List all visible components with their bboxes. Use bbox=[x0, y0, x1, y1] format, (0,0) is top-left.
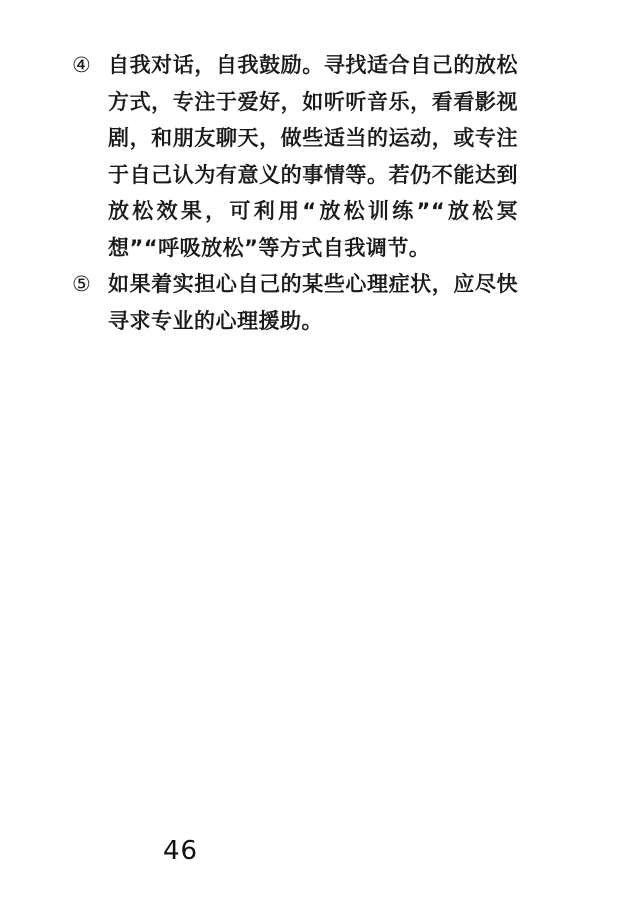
list-item-text: 自我对话，自我鼓励。寻找适合自己的放松方式，专注于爱好，如听听音乐，看看影视剧，… bbox=[108, 47, 518, 266]
document-page: ④ 自我对话，自我鼓励。寻找适合自己的放松方式，专注于爱好，如听听音乐，看看影视… bbox=[0, 0, 640, 899]
circled-number-4-marker: ④ bbox=[72, 47, 108, 84]
body-text-block: ④ 自我对话，自我鼓励。寻找适合自己的放松方式，专注于爱好，如听听音乐，看看影视… bbox=[72, 47, 518, 339]
page-number: 46 bbox=[163, 836, 198, 866]
list-item-text: 如果着实担心自己的某些心理症状，应尽快寻求专业的心理援助。 bbox=[108, 266, 518, 339]
circled-number-5-marker: ⑤ bbox=[72, 266, 108, 303]
list-item: ⑤ 如果着实担心自己的某些心理症状，应尽快寻求专业的心理援助。 bbox=[72, 266, 518, 339]
list-item: ④ 自我对话，自我鼓励。寻找适合自己的放松方式，专注于爱好，如听听音乐，看看影视… bbox=[72, 47, 518, 266]
